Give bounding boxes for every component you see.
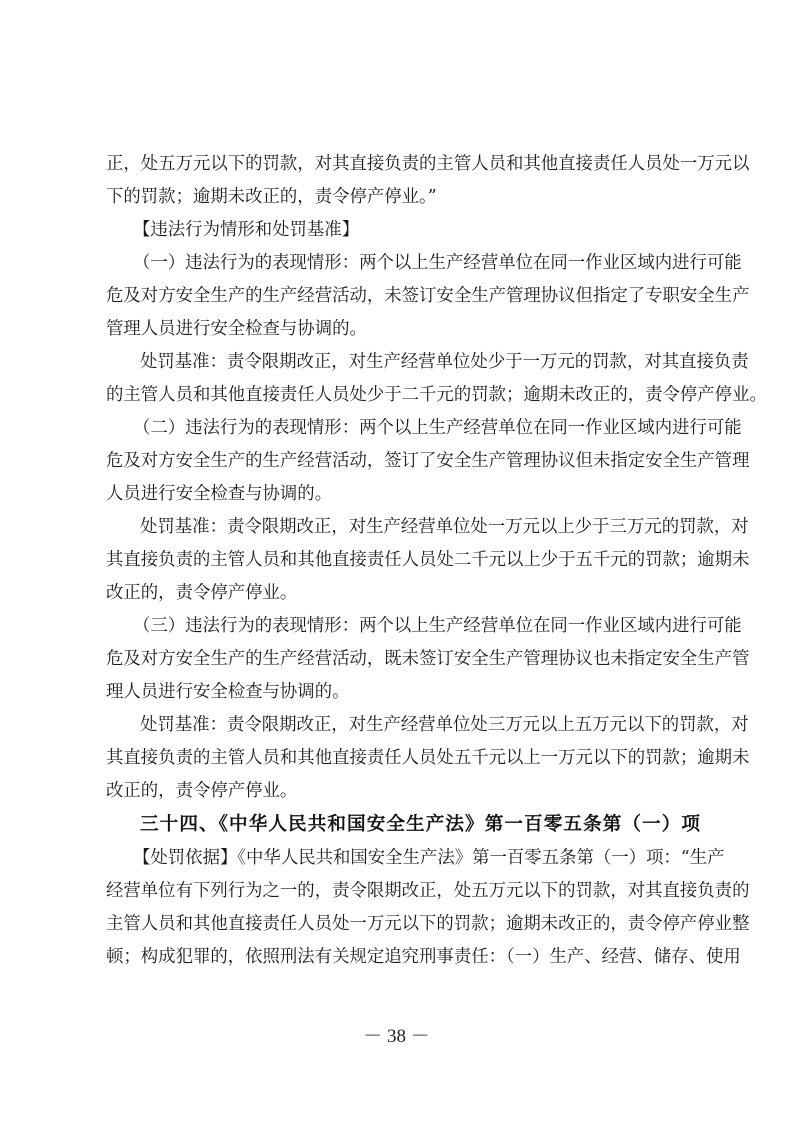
section-label-violation-standards: 【违法行为情形和处罚基准】 [133, 219, 691, 241]
paragraph-line: 人员进行安全检查与协调的。 [106, 483, 691, 505]
case-one-penalty: 处罚基准：责令限期改正，对生产经营单位处少于一万元的罚款，对其直接负责 [140, 351, 691, 373]
paragraph-line: 其直接负责的主管人员和其他直接责任人员处二千元以上少于五千元的罚款；逾期未 [106, 549, 691, 571]
paragraph-line: 理人员进行安全检查与协调的。 [106, 681, 691, 703]
case-three-penalty: 处罚基准：责令限期改正，对生产经营单位处三万元以上五万元以下的罚款，对 [140, 714, 691, 736]
paragraph-line: 顿；构成犯罪的，依照刑法有关规定追究刑事责任：（一）生产、经营、储存、使用 [106, 946, 691, 968]
paragraph-line: 危及对方安全生产的生产经营活动，未签订安全生产管理协议但指定了专职安全生产 [106, 285, 691, 307]
paragraph-line: 下的罚款；逾期未改正的，责令停产停业。” [106, 186, 691, 208]
paragraph-line: 经营单位有下列行为之一的，责令限期改正，处五万元以下的罚款，对其直接负责的 [106, 880, 691, 902]
section-heading: 三十四、《中华人民共和国安全生产法》第一百零五条第（一）项 [140, 813, 700, 837]
case-two-penalty: 处罚基准：责令限期改正，对生产经营单位处一万元以上少于三万元的罚款，对 [140, 516, 691, 538]
paragraph-line: 危及对方安全生产的生产经营活动，签订了安全生产管理协议但未指定安全生产管理 [106, 450, 691, 472]
case-one-description: （一）违法行为的表现情形：两个以上生产经营单位在同一作业区域内进行可能 [133, 252, 691, 274]
penalty-basis: 【处罚依据】《中华人民共和国安全生产法》第一百零五条第（一）项：“生产 [133, 847, 691, 869]
paragraph-line: 的主管人员和其他直接责任人员处少于二千元的罚款；逾期未改正的，责令停产停业。 [106, 384, 691, 406]
case-two-description: （二）违法行为的表现情形：两个以上生产经营单位在同一作业区域内进行可能 [133, 417, 691, 439]
case-three-description: （三）违法行为的表现情形：两个以上生产经营单位在同一作业区域内进行可能 [133, 615, 691, 637]
paragraph-line: 主管人员和其他直接责任人员处一万元以下的罚款；逾期未改正的，责令停产停业整 [106, 913, 691, 935]
paragraph-line: 管理人员进行安全检查与协调的。 [106, 318, 691, 340]
paragraph-line: 改正的，责令停产停业。 [106, 780, 691, 802]
paragraph-line: 改正的，责令停产停业。 [106, 582, 691, 604]
paragraph-line: 正，处五万元以下的罚款，对其直接负责的主管人员和其他直接责任人员处一万元以 [106, 153, 691, 175]
document-page: 正，处五万元以下的罚款，对其直接负责的主管人员和其他直接责任人员处一万元以 下的… [0, 0, 793, 1122]
page-number: － 38 － [0, 1026, 793, 1048]
paragraph-line: 其直接负责的主管人员和其他直接责任人员处五千元以上一万元以下的罚款；逾期未 [106, 747, 691, 769]
paragraph-line: 危及对方安全生产的生产经营活动，既未签订安全生产管理协议也未指定安全生产管 [106, 648, 691, 670]
